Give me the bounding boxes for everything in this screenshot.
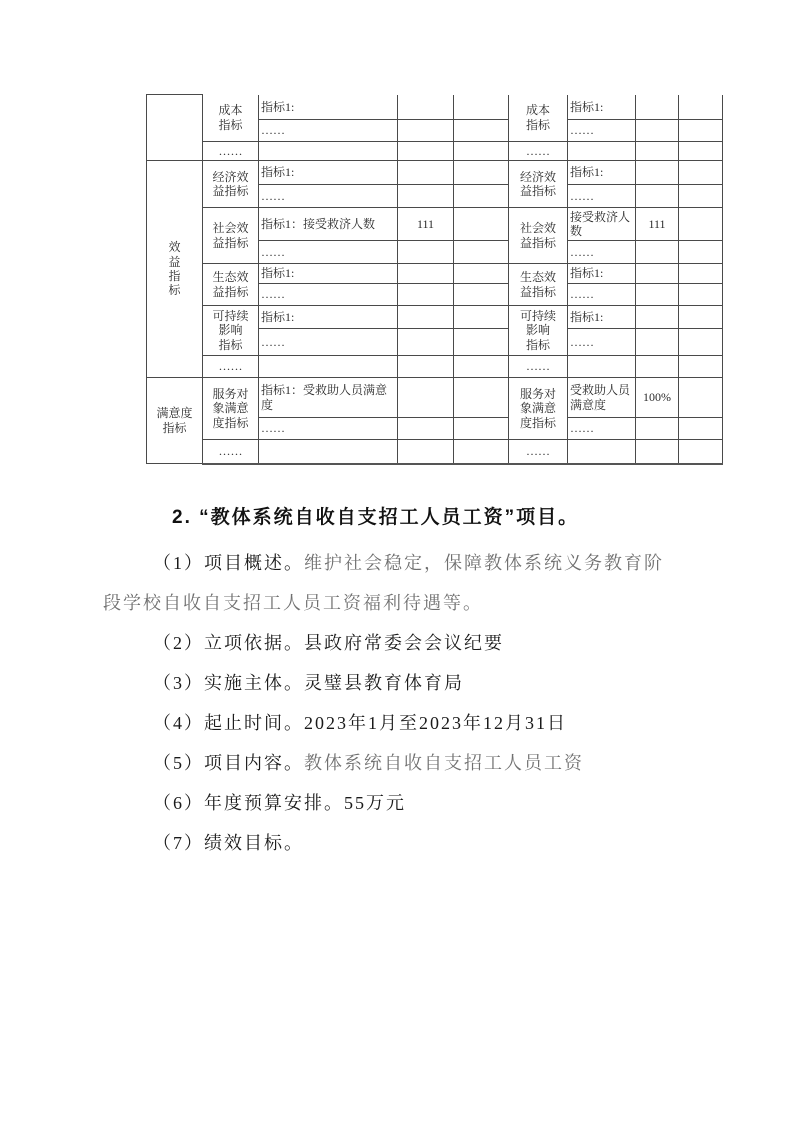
paragraph-content: （5）项目内容。教体系统自收自支招工人员工资 xyxy=(103,743,675,783)
value-cell xyxy=(679,378,723,418)
indicator-cell: 指标1: xyxy=(568,161,636,185)
paragraph-label: （2）立项依据。 xyxy=(153,633,304,653)
value-cell xyxy=(454,185,509,208)
subcat-cell-cost: 成本 指标 xyxy=(509,95,568,142)
paragraph-overview: （1）项目概述。维护社会稳定，保障教体系统义务教育阶段学校自收自支招工人员工资福… xyxy=(103,543,675,623)
indicator-cell: …… xyxy=(568,120,636,142)
subcat-cell-economic: 经济效 益指标 xyxy=(509,161,568,208)
project-section: 2. “教体系统自收自支招工人员工资”项目。 （1）项目概述。维护社会稳定，保障… xyxy=(103,503,675,863)
value-cell xyxy=(398,161,454,185)
paragraph-basis: （2）立项依据。县政府常委会会议纪要 xyxy=(103,623,675,663)
indicator-cell: 接受救济人数 xyxy=(568,208,636,241)
subcat-cell-ellipsis: …… xyxy=(203,440,259,464)
value-cell xyxy=(679,329,723,356)
indicator-cell: 指标1: xyxy=(568,264,636,284)
paragraph-label: （5）项目内容。 xyxy=(153,753,304,773)
subcat-cell-ellipsis: …… xyxy=(509,440,568,464)
subcat-cell-social: 社会效 益指标 xyxy=(509,208,568,264)
value-cell xyxy=(454,142,509,161)
paragraph-label: （4）起止时间。 xyxy=(153,713,304,733)
subcat-cell-ellipsis: …… xyxy=(203,142,259,161)
paragraph-label: （3）实施主体。 xyxy=(153,673,304,693)
value-cell xyxy=(636,241,679,264)
value-cell xyxy=(454,418,509,440)
value-cell xyxy=(454,306,509,329)
value-cell: 111 xyxy=(636,208,679,241)
indicator-cell: …… xyxy=(568,418,636,440)
value-cell xyxy=(636,306,679,329)
value-cell xyxy=(679,142,723,161)
value-cell xyxy=(398,440,454,464)
value-cell xyxy=(679,95,723,120)
value-cell xyxy=(398,120,454,142)
value-cell xyxy=(398,241,454,264)
paragraph-duration: （4）起止时间。2023年1月至2023年12月31日 xyxy=(103,703,675,743)
subcat-cell-ellipsis: …… xyxy=(203,356,259,378)
value-cell xyxy=(454,329,509,356)
value-cell xyxy=(454,95,509,120)
indicator-cell xyxy=(568,440,636,464)
paragraph-label: （6）年度预算安排。 xyxy=(153,793,344,813)
indicator-cell: …… xyxy=(568,284,636,306)
value-cell xyxy=(679,120,723,142)
subcat-cell-ellipsis: …… xyxy=(509,142,568,161)
value-cell xyxy=(398,378,454,418)
value-cell: 111 xyxy=(398,208,454,241)
value-cell xyxy=(454,284,509,306)
indicator-cell xyxy=(568,356,636,378)
value-cell xyxy=(679,306,723,329)
value-cell xyxy=(454,264,509,284)
value-cell xyxy=(679,440,723,464)
indicator-cell: 指标1：接受救济人数 xyxy=(259,208,398,241)
paragraph-label: （7）绩效目标。 xyxy=(153,833,304,853)
indicator-cell: 受救助人员满意度 xyxy=(568,378,636,418)
value-cell xyxy=(679,418,723,440)
paragraph-implementer: （3）实施主体。灵璧县教育体育局 xyxy=(103,663,675,703)
indicator-cell: 指标1: xyxy=(259,95,398,120)
paragraph-value: 55万元 xyxy=(344,793,406,813)
value-cell xyxy=(454,440,509,464)
indicator-cell: …… xyxy=(568,329,636,356)
value-cell xyxy=(679,264,723,284)
indicator-cell: …… xyxy=(259,120,398,142)
indicator-cell: …… xyxy=(259,284,398,306)
indicator-cell: …… xyxy=(259,329,398,356)
group-cell-benefit: 效 益 指 标 xyxy=(147,161,203,378)
subcat-cell-service: 服务对 象满意 度指标 xyxy=(509,378,568,440)
indicator-cell: …… xyxy=(568,185,636,208)
indicator-cell: …… xyxy=(259,241,398,264)
value-cell xyxy=(636,418,679,440)
value-cell xyxy=(679,161,723,185)
subcat-cell-social: 社会效 益指标 xyxy=(203,208,259,264)
value-cell xyxy=(398,142,454,161)
subcat-cell-ecological: 生态效 益指标 xyxy=(203,264,259,306)
paragraph-value: 灵璧县教育体育局 xyxy=(304,673,464,693)
value-cell xyxy=(679,241,723,264)
performance-table: 成本 指标 指标1: 成本 指标 指标1: …… …… …… …… 效 益 指 … xyxy=(146,94,723,465)
value-cell xyxy=(636,161,679,185)
indicator-cell: …… xyxy=(259,185,398,208)
value-cell xyxy=(636,329,679,356)
value-cell xyxy=(636,440,679,464)
indicator-cell: 指标1: xyxy=(259,306,398,329)
paragraph-value: 教体系统自收自支招工人员工资 xyxy=(304,753,584,773)
page: { "colors":{"page_bg":"#ffffff","text":"… xyxy=(0,0,793,1122)
group-cell-satisfaction: 满意度 指标 xyxy=(147,378,203,464)
subcat-cell-sustain: 可持续 影响 指标 xyxy=(203,306,259,356)
value-cell: 100% xyxy=(636,378,679,418)
paragraph-value: 县政府常委会会议纪要 xyxy=(304,633,504,653)
subcat-cell-cost: 成本 指标 xyxy=(203,95,259,142)
value-cell xyxy=(636,264,679,284)
value-cell xyxy=(454,356,509,378)
indicator-cell xyxy=(568,142,636,161)
indicator-cell: 指标1: xyxy=(568,306,636,329)
subcat-cell-ecological: 生态效 益指标 xyxy=(509,264,568,306)
indicator-cell: 指标1: xyxy=(259,264,398,284)
value-cell xyxy=(636,356,679,378)
indicator-cell: 指标1: xyxy=(259,161,398,185)
value-cell xyxy=(398,418,454,440)
indicator-cell: 指标1: xyxy=(568,95,636,120)
indicator-cell xyxy=(259,356,398,378)
group-cell xyxy=(147,95,203,161)
indicator-cell: …… xyxy=(259,418,398,440)
value-cell xyxy=(398,284,454,306)
subcat-cell-sustain: 可持续 影响 指标 xyxy=(509,306,568,356)
value-cell xyxy=(454,378,509,418)
subcat-cell-ellipsis: …… xyxy=(509,356,568,378)
value-cell xyxy=(398,306,454,329)
value-cell xyxy=(636,120,679,142)
value-cell xyxy=(398,356,454,378)
paragraph-label: （1）项目概述。 xyxy=(153,553,304,573)
indicator-cell xyxy=(259,142,398,161)
value-cell xyxy=(679,185,723,208)
paragraph-performance-target: （7）绩效目标。 xyxy=(103,823,675,863)
value-cell xyxy=(679,284,723,306)
value-cell xyxy=(636,284,679,306)
indicator-cell xyxy=(259,440,398,464)
value-cell xyxy=(636,95,679,120)
value-cell xyxy=(454,161,509,185)
value-cell xyxy=(454,241,509,264)
value-cell xyxy=(454,120,509,142)
value-cell xyxy=(636,185,679,208)
value-cell xyxy=(679,208,723,241)
value-cell xyxy=(398,329,454,356)
paragraph-budget: （6）年度预算安排。55万元 xyxy=(103,783,675,823)
subcat-cell-service: 服务对 象满意 度指标 xyxy=(203,378,259,440)
value-cell xyxy=(454,208,509,241)
value-cell xyxy=(398,264,454,284)
value-cell xyxy=(398,95,454,120)
indicator-cell: …… xyxy=(568,241,636,264)
value-cell xyxy=(398,185,454,208)
subcat-cell-economic: 经济效 益指标 xyxy=(203,161,259,208)
indicator-cell: 指标1：受救助人员满意度 xyxy=(259,378,398,418)
value-cell xyxy=(636,142,679,161)
value-cell xyxy=(679,356,723,378)
paragraph-value: 2023年1月至2023年12月31日 xyxy=(304,713,567,733)
section-heading: 2. “教体系统自收自支招工人员工资”项目。 xyxy=(172,503,675,533)
